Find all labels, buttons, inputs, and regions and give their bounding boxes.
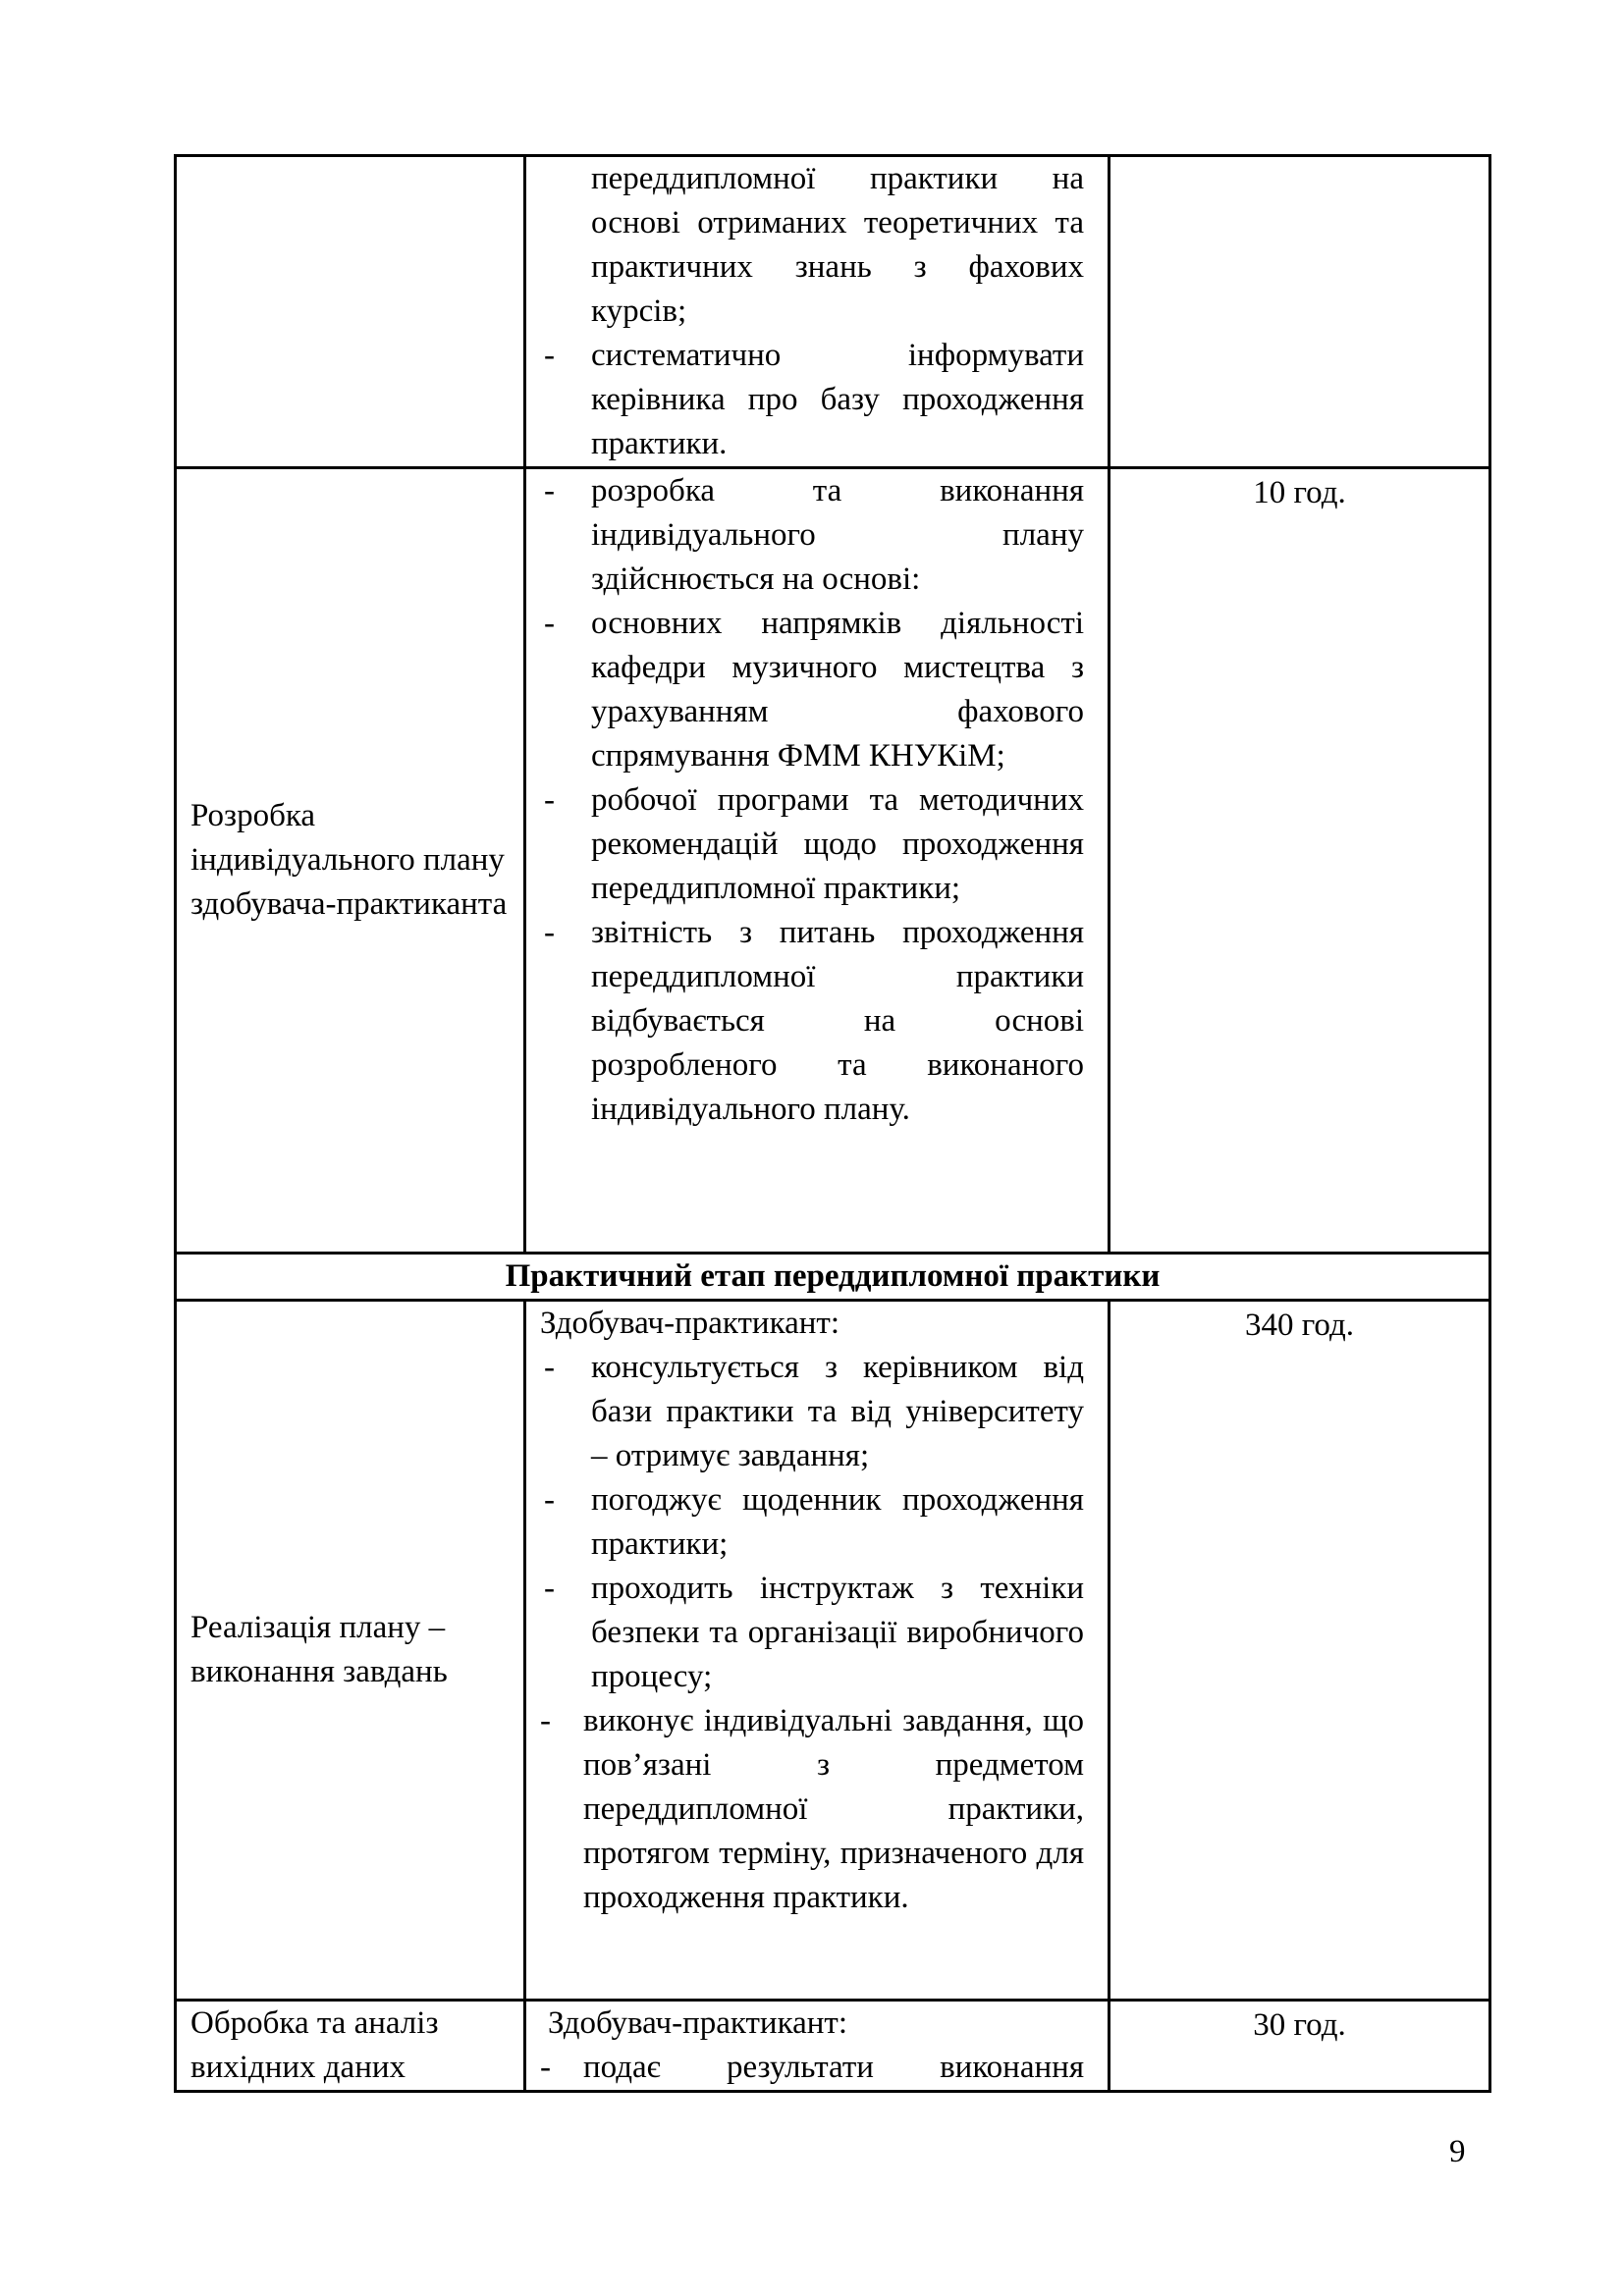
list-item: - виконує індивідуальні завдання, що пов… — [526, 1699, 1084, 1920]
bullet-dash: - — [544, 778, 555, 823]
list-item: - основних напрямків діяльності кафедри … — [526, 602, 1084, 778]
list-item-text: звітність з питань проходження переддипл… — [591, 915, 1084, 1127]
task-list: - подає результати виконання — [526, 2046, 1084, 2090]
task-intro: Здобувач-практикант: — [526, 1302, 1084, 1346]
list-item: - переддипломної практики на основі отри… — [526, 157, 1084, 334]
list-item-text: подає результати виконання — [583, 2046, 1084, 2090]
list-item-text: консультується з керівником від бази пра… — [591, 1350, 1084, 1473]
section-header-row: Практичний етап переддипломної практики — [176, 1254, 1490, 1301]
list-item: - подає результати виконання — [526, 2046, 1084, 2090]
list-item-text: переддипломної практики на основі отрима… — [591, 161, 1084, 329]
tasks-cell: - переддипломної практики на основі отри… — [525, 156, 1110, 468]
list-item-text: проходить інструктаж з техніки безпеки т… — [591, 1571, 1084, 1694]
stage-cell: Обробка та аналіз вихідних даних — [176, 2001, 525, 2092]
list-item: - систематично інформувати керівника про… — [526, 334, 1084, 466]
hours-cell: 30 год. — [1110, 2001, 1490, 2092]
practice-plan-table: - переддипломної практики на основі отри… — [174, 154, 1491, 2093]
list-item: - звітність з питань проходження передди… — [526, 911, 1084, 1132]
stage-label: Реалізація плану – виконання завдань — [190, 1610, 448, 1689]
bullet-dash: - — [540, 2046, 551, 2090]
hours-value: 340 год. — [1110, 1302, 1489, 1348]
list-item: - консультується з керівником від бази п… — [526, 1346, 1084, 1478]
tasks-cell: Здобувач-практикант: - консультується з … — [525, 1301, 1110, 2001]
section-title: Практичний етап переддипломної практики — [176, 1254, 1490, 1301]
bullet-dash: - — [544, 334, 555, 378]
list-item-text: розробка та виконання індивідуального пл… — [591, 473, 1084, 597]
bullet-dash: - — [544, 602, 555, 646]
stage-cell: Реалізація плану – виконання завдань — [176, 1301, 525, 2001]
stage-label: Обробка та аналіз вихідних даних — [190, 2005, 438, 2085]
tasks-cell: Здобувач-практикант: - подає результати … — [525, 2001, 1110, 2092]
hours-cell: 340 год. — [1110, 1301, 1490, 2001]
list-item-text: систематично інформувати керівника про б… — [591, 338, 1084, 461]
table-row: Обробка та аналіз вихідних даних Здобува… — [176, 2001, 1490, 2092]
task-intro: Здобувач-практикант: — [526, 2002, 1084, 2046]
document-page: - переддипломної практики на основі отри… — [0, 0, 1624, 2296]
list-item: - розробка та виконання індивідуального … — [526, 469, 1084, 602]
list-item: - робочої програми та методичних рекомен… — [526, 778, 1084, 911]
bullet-dash: - — [544, 1567, 555, 1611]
stage-cell: Розробка індивідуального плану здобувача… — [176, 468, 525, 1254]
bullet-dash: - — [544, 911, 555, 955]
bullet-dash: - — [544, 1346, 555, 1390]
task-list: - переддипломної практики на основі отри… — [526, 157, 1084, 466]
hours-cell: 10 год. — [1110, 468, 1490, 1254]
stage-cell — [176, 156, 525, 468]
page-number: 9 — [1449, 2132, 1466, 2171]
table-row: Реалізація плану – виконання завдань Здо… — [176, 1301, 1490, 2001]
list-item-text: погоджує щоденник проходження практики; — [591, 1482, 1084, 1562]
task-list: - розробка та виконання індивідуального … — [526, 469, 1084, 1132]
task-list: - консультується з керівником від бази п… — [526, 1346, 1084, 1920]
bullet-dash: - — [544, 1478, 555, 1522]
table-row: - переддипломної практики на основі отри… — [176, 156, 1490, 468]
hours-value: 30 год. — [1110, 2002, 1489, 2048]
list-item-text: виконує індивідуальні завдання, що пов’я… — [583, 1703, 1084, 1915]
bullet-dash: - — [544, 469, 555, 513]
list-item-text: основних напрямків діяльності кафедри му… — [591, 606, 1084, 774]
table-row: Розробка індивідуального плану здобувача… — [176, 468, 1490, 1254]
list-item: - проходить інструктаж з техніки безпеки… — [526, 1567, 1084, 1699]
hours-value — [1110, 157, 1489, 159]
hours-value: 10 год. — [1110, 469, 1489, 515]
list-item-text: робочої програми та методичних рекоменда… — [591, 782, 1084, 906]
tasks-cell: - розробка та виконання індивідуального … — [525, 468, 1110, 1254]
hours-cell — [1110, 156, 1490, 468]
bullet-dash: - — [540, 1699, 551, 1743]
stage-label: Розробка індивідуального плану здобувача… — [190, 798, 507, 922]
list-item: - погоджує щоденник проходження практики… — [526, 1478, 1084, 1567]
